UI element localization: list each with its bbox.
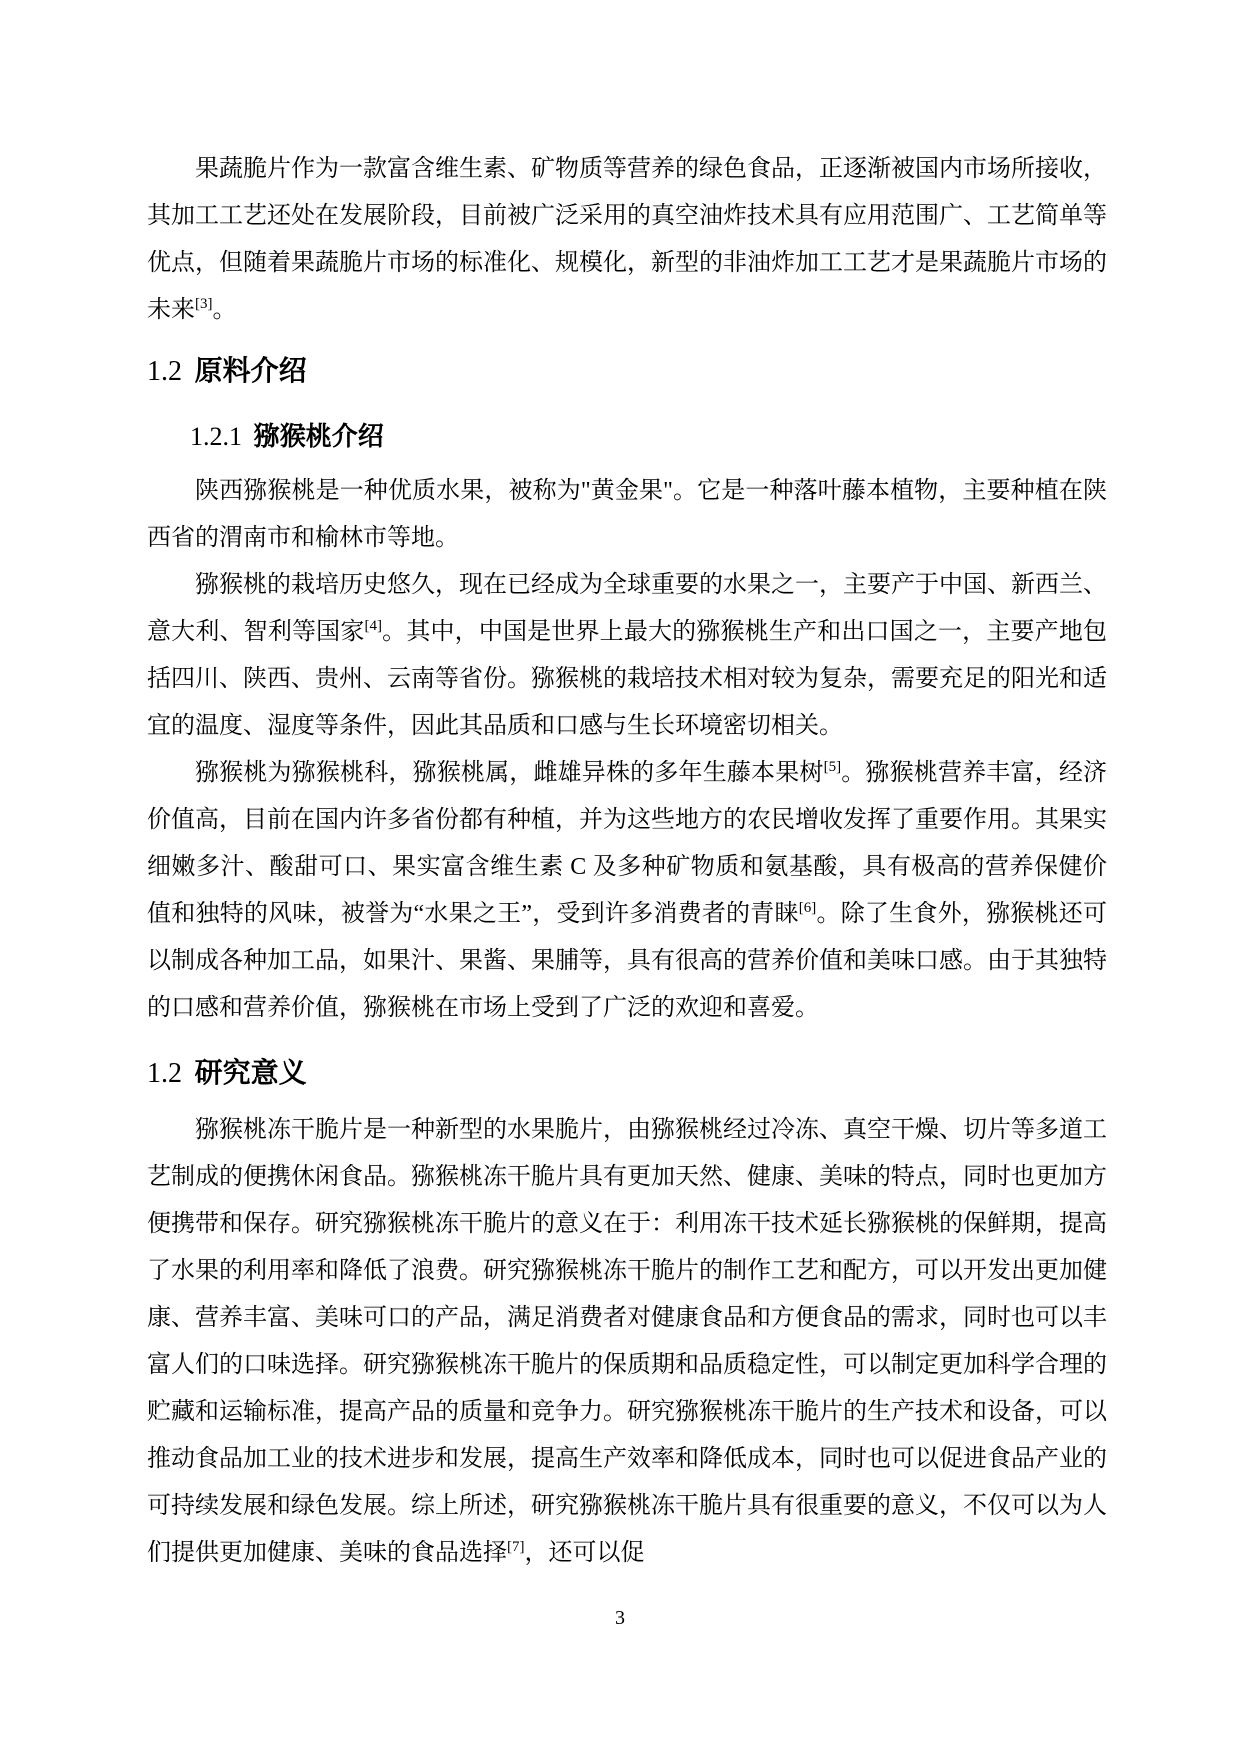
heading-kiwi-intro: 1.2.1猕猴桃介绍 bbox=[147, 417, 1107, 456]
heading-materials-title: 原料介绍 bbox=[195, 355, 307, 386]
kiwi-paragraph-nutrition-a: 猕猴桃为猕猴桃科，猕猴桃属，雌雄异株的多年生藤本果树 bbox=[195, 760, 824, 786]
citation-ref-3: [3] bbox=[195, 296, 213, 312]
intro-paragraph: 果蔬脆片作为一款富含维生素、矿物质等营养的绿色食品，正逐渐被国内市场所接收，其加… bbox=[147, 146, 1107, 334]
significance-paragraph-text: 猕猴桃冻干脆片是一种新型的水果脆片，由猕猴桃经过冷冻、真空干燥、切片等多道工艺制… bbox=[147, 1117, 1107, 1566]
kiwi-paragraph-history: 猕猴桃的栽培历史悠久，现在已经成为全球重要的水果之一，主要产于中国、新西兰、意大… bbox=[147, 562, 1107, 750]
heading-kiwi-intro-number: 1.2.1 bbox=[190, 422, 242, 451]
citation-ref-4: [4] bbox=[365, 618, 383, 634]
heading-significance-number: 1.2 bbox=[147, 1058, 182, 1089]
kiwi-paragraph-origin-text: 陕西猕猴桃是一种优质水果，被称为"黄金果"。它是一种落叶藤本植物，主要种植在陕西… bbox=[147, 478, 1107, 551]
intro-paragraph-text: 果蔬脆片作为一款富含维生素、矿物质等营养的绿色食品，正逐渐被国内市场所接收，其加… bbox=[147, 156, 1107, 323]
kiwi-paragraph-origin: 陕西猕猴桃是一种优质水果，被称为"黄金果"。它是一种落叶藤本植物，主要种植在陕西… bbox=[147, 468, 1107, 562]
kiwi-paragraph-nutrition: 猕猴桃为猕猴桃科，猕猴桃属，雌雄异株的多年生藤本果树[5]。猕猴桃营养丰富，经济… bbox=[147, 750, 1107, 1032]
page-content: 果蔬脆片作为一款富含维生素、矿物质等营养的绿色食品，正逐渐被国内市场所接收，其加… bbox=[147, 146, 1107, 1577]
citation-ref-7: [7] bbox=[507, 1539, 525, 1555]
significance-paragraph-end: ，还可以促 bbox=[525, 1540, 645, 1566]
citation-ref-6: [6] bbox=[799, 900, 817, 916]
intro-paragraph-end: 。 bbox=[213, 297, 237, 323]
citation-ref-5: [5] bbox=[824, 759, 842, 775]
heading-significance: 1.2研究意义 bbox=[147, 1052, 1107, 1095]
significance-paragraph: 猕猴桃冻干脆片是一种新型的水果脆片，由猕猴桃经过冷冻、真空干燥、切片等多道工艺制… bbox=[147, 1107, 1107, 1577]
document-page: 果蔬脆片作为一款富含维生素、矿物质等营养的绿色食品，正逐渐被国内市场所接收，其加… bbox=[0, 0, 1240, 1754]
page-number: 3 bbox=[0, 1604, 1240, 1632]
heading-significance-title: 研究意义 bbox=[195, 1057, 307, 1088]
heading-kiwi-intro-title: 猕猴桃介绍 bbox=[254, 421, 384, 451]
heading-materials-number: 1.2 bbox=[147, 356, 182, 387]
heading-materials: 1.2原料介绍 bbox=[147, 350, 1107, 393]
